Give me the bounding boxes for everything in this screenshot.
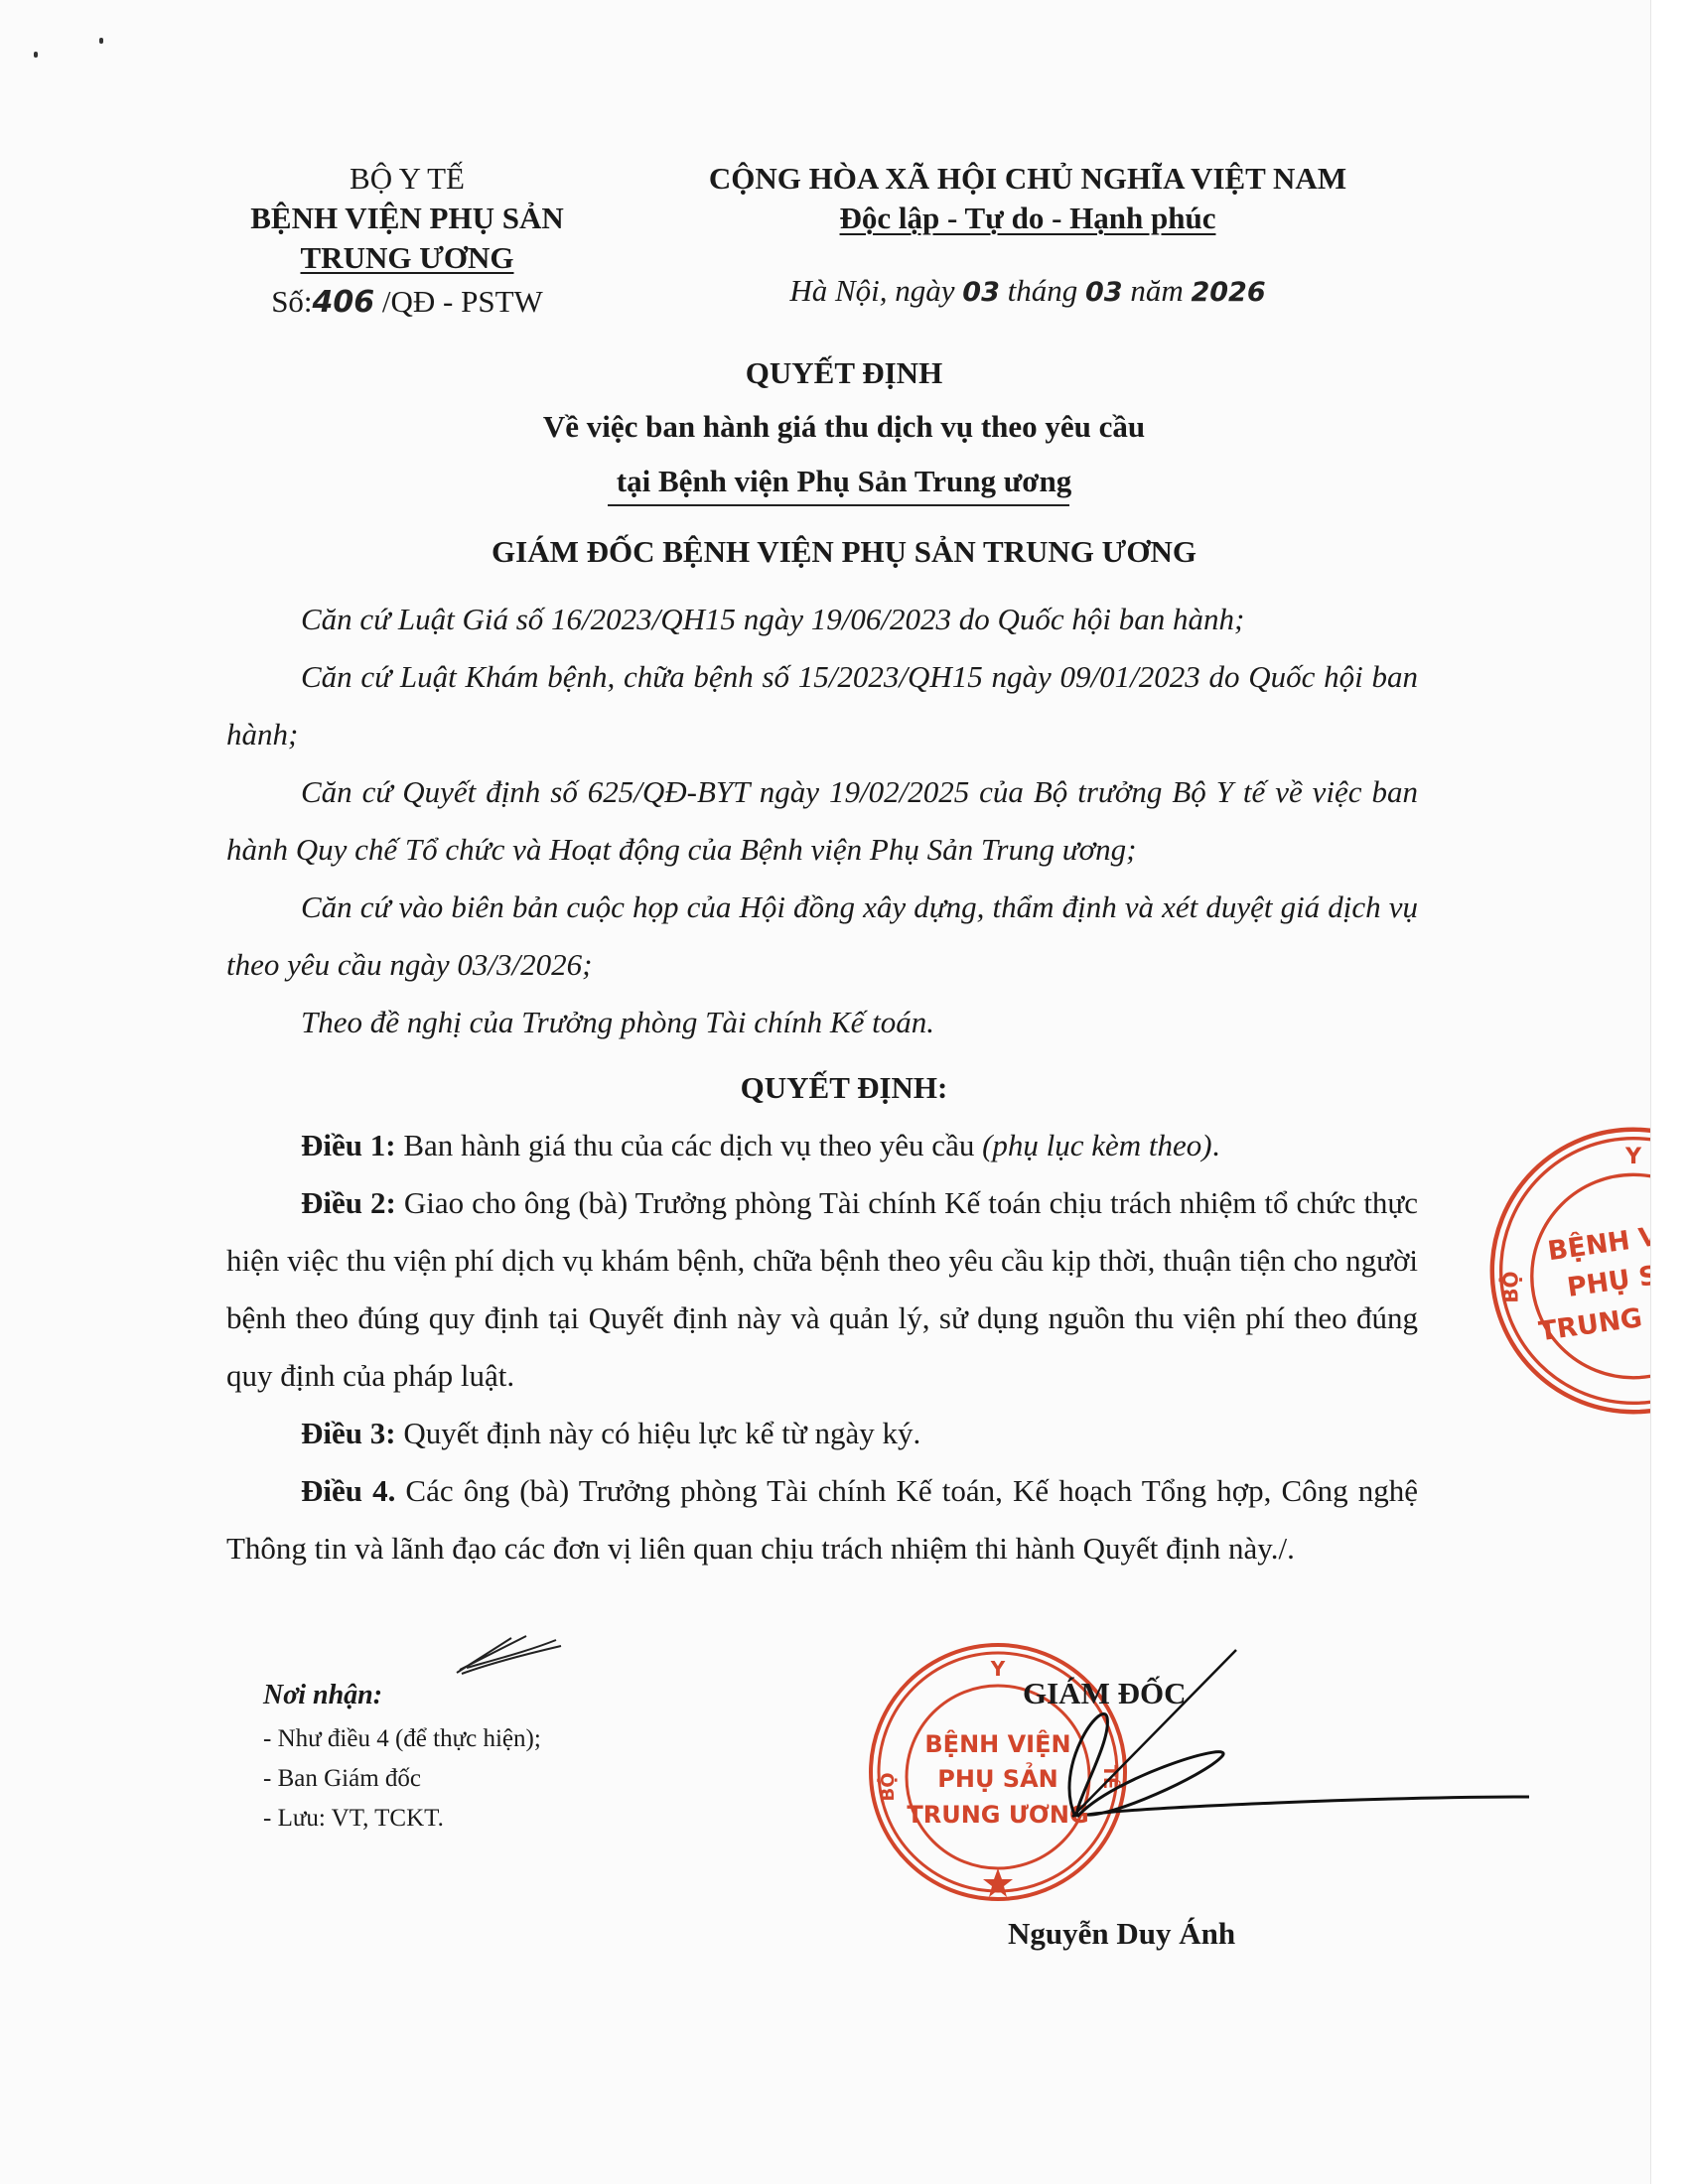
document-number: Số:406 /QĐ - PSTW — [209, 282, 606, 323]
initials-mark — [452, 1628, 571, 1678]
recipients-title: Nơi nhận: — [263, 1676, 541, 1715]
recipients-block: Nơi nhận: - Như điều 4 (để thực hiện); -… — [263, 1676, 541, 1839]
svg-text:BỆNH VIỆN: BỆNH VIỆN — [1546, 1213, 1650, 1267]
document-type: QUYẾT ĐỊNH — [298, 355, 1390, 391]
recipient-item: - Ban Giám đốc — [263, 1759, 541, 1799]
signature — [993, 1648, 1549, 1827]
svg-text:BỘ: BỘ — [877, 1772, 899, 1801]
issue-date: Hà Nội, ngày 03 tháng 03 năm 2026 — [685, 273, 1370, 309]
handwritten-year: 2026 — [1191, 277, 1265, 308]
handwritten-day: 03 — [962, 277, 1000, 308]
preamble: Căn cứ Luật Giá số 16/2023/QH15 ngày 19/… — [226, 591, 1418, 1051]
article-4: Điều 4. Các ông (bà) Trưởng phòng Tài ch… — [226, 1462, 1418, 1577]
issuing-authority: GIÁM ĐỐC BỆNH VIỆN PHỤ SẢN TRUNG ƯƠNG — [298, 534, 1390, 570]
article-2: Điều 2: Giao cho ông (bà) Trưởng phòng T… — [226, 1174, 1418, 1405]
country-name: CỘNG HÒA XÃ HỘI CHỦ NGHĨA VIỆT NAM — [685, 159, 1370, 199]
svg-text:BỘ: BỘ — [1498, 1272, 1522, 1303]
issuer-block: BỘ Y TẾ BỆNH VIỆN PHỤ SẢN TRUNG ƯƠNG Số:… — [209, 159, 606, 323]
article-1: Điều 1: Ban hành giá thu của các dịch vụ… — [226, 1117, 1418, 1174]
svg-text:Y: Y — [1624, 1144, 1642, 1169]
handwritten-doc-number: 406 — [313, 285, 375, 320]
org-name-line1: BỆNH VIỆN PHỤ SẢN — [209, 199, 606, 238]
page-edge — [1650, 0, 1688, 2184]
preamble-item: Căn cứ vào biên bản cuộc họp của Hội đồn… — [226, 879, 1418, 994]
subject-underline — [608, 504, 1069, 506]
preamble-item: Căn cứ Quyết định số 625/QĐ-BYT ngày 19/… — [226, 763, 1418, 879]
subject-line-1: Về việc ban hành giá thu dịch vụ theo yê… — [298, 409, 1390, 445]
scan-speck — [99, 38, 103, 44]
article-3: Điều 3: Quyết định này có hiệu lực kể từ… — [226, 1405, 1418, 1462]
preamble-item: Căn cứ Luật Khám bệnh, chữa bệnh số 15/2… — [226, 648, 1418, 763]
preamble-item: Theo đề nghị của Trưởng phòng Tài chính … — [226, 994, 1418, 1051]
subject-line-2: tại Bệnh viện Phụ Sản Trung ương — [298, 464, 1390, 499]
signer-name: Nguyễn Duy Ánh — [1008, 1916, 1235, 1952]
edge-seal-stamp-clip: Y BỘ BỆNH VIỆN PHỤ SẢN TRUNG ƯƠNG — [1470, 1117, 1650, 1434]
agency-name: BỘ Y TẾ — [209, 159, 606, 199]
handwritten-month: 03 — [1085, 277, 1123, 308]
edge-seal-stamp: Y BỘ BỆNH VIỆN PHỤ SẢN TRUNG ƯƠNG — [1484, 1122, 1650, 1420]
recipient-item: - Như điều 4 (để thực hiện); — [263, 1719, 541, 1759]
national-motto: Độc lập - Tự do - Hạnh phúc — [685, 199, 1370, 238]
decision-heading: QUYẾT ĐỊNH: — [298, 1070, 1390, 1106]
recipient-item: - Lưu: VT, TCKT. — [263, 1799, 541, 1839]
national-heading: CỘNG HÒA XÃ HỘI CHỦ NGHĨA VIỆT NAM Độc l… — [685, 159, 1370, 238]
scan-speck — [34, 52, 38, 58]
articles: Điều 1: Ban hành giá thu của các dịch vụ… — [226, 1117, 1418, 1577]
preamble-item: Căn cứ Luật Giá số 16/2023/QH15 ngày 19/… — [226, 591, 1418, 648]
org-name-line2: TRUNG ƯƠNG — [209, 238, 606, 278]
